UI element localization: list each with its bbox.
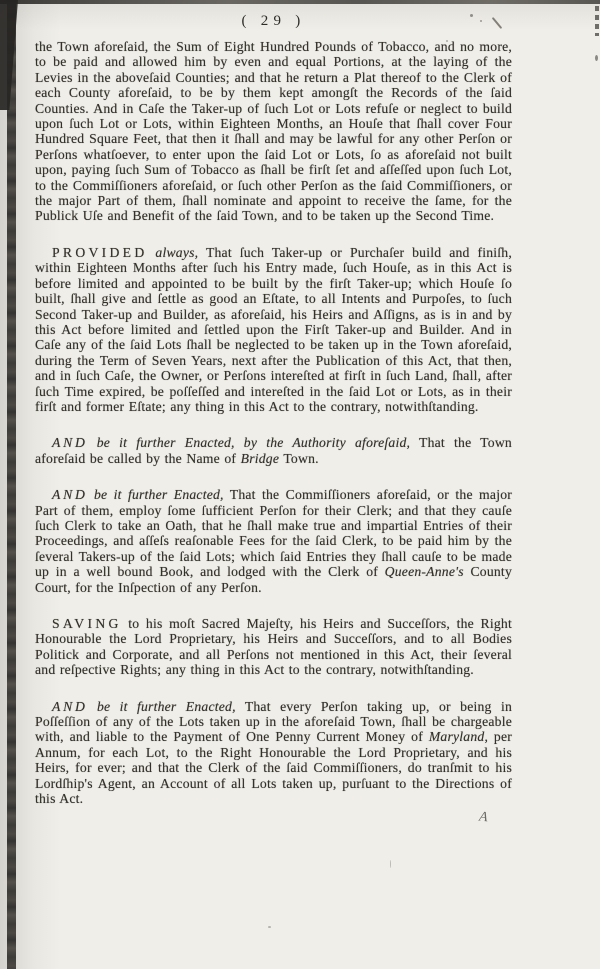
paragraph-penny-rent: AND be it further Enacted, That every Pe… [35, 699, 512, 807]
ink-speck [268, 926, 271, 928]
scan-edge-right [595, 6, 599, 36]
text-segment: Bridge [241, 451, 280, 466]
text-segment: SAVING [52, 616, 122, 631]
text-segment: AND [52, 487, 88, 502]
paragraph-saving-clause: SAVING to his moſt Sacred Majeſty, his H… [35, 616, 512, 678]
text-segment: PROVIDED [52, 245, 148, 260]
paragraph-continuation: the Town aforeſaid, the Sum of Eight Hun… [35, 39, 512, 224]
paragraph-bridge-town: AND be it further Enacted, by the Author… [35, 435, 512, 466]
text-segment: be it further Enacted, [88, 699, 236, 714]
ink-speck [390, 860, 391, 868]
scanned-page: ( 29 ) the Town aforeſaid, the Sum of Ei… [0, 0, 600, 969]
text-segment: AND [52, 435, 88, 450]
scan-edge-left [7, 0, 16, 969]
scan-edge-top [0, 0, 600, 4]
paragraph-provided-always: PROVIDED always, That ſuch Taker-up or P… [35, 245, 512, 414]
text-segment: be it further Enacted, [88, 487, 224, 502]
scan-edge-right-speck [595, 55, 598, 61]
text-segment: Town. [279, 451, 319, 466]
text-segment: That ſuch Taker-up or Purchaſer build an… [35, 245, 512, 414]
text-segment: be it further Enacted, by the Authority … [88, 435, 411, 450]
paragraph-commissioners-clerk: AND be it further Enacted, That the Comm… [35, 487, 512, 595]
page-number: ( 29 ) [35, 13, 512, 30]
text-segment: always, [148, 245, 199, 260]
catchword-mark: A [35, 810, 512, 826]
text-column: ( 29 ) the Town aforeſaid, the Sum of Ei… [35, 13, 512, 826]
text-segment: Maryland [429, 729, 485, 744]
text-segment: Queen-Anne's [385, 564, 464, 579]
text-segment: the Town aforeſaid, the Sum of Eight Hun… [35, 39, 512, 223]
text-segment: AND [52, 699, 88, 714]
